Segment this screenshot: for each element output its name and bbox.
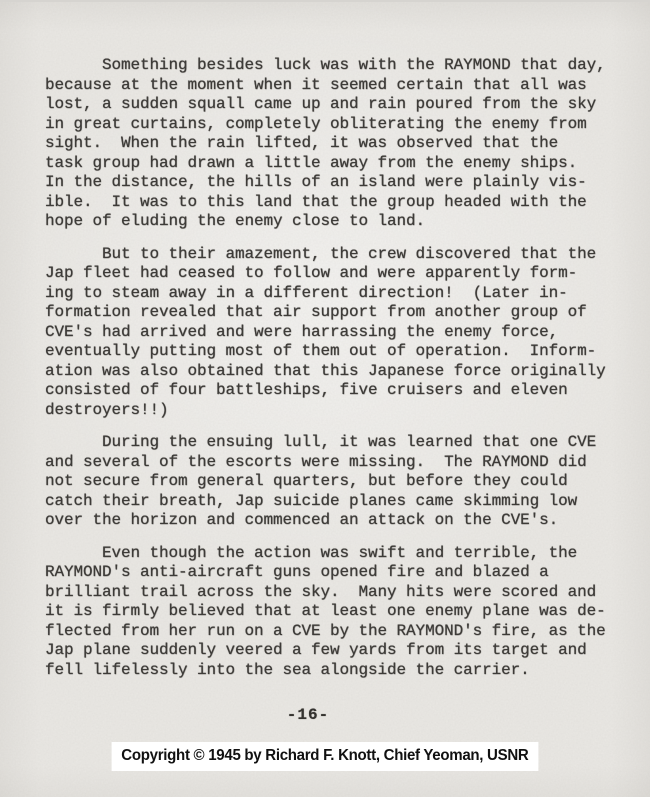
page-body: Something besides luck was with the RAYM…: [45, 56, 617, 693]
copyright-line: Copyright © 1945 by Richard F. Knott, Ch…: [0, 742, 650, 771]
scan-top-edge: [0, 0, 650, 2]
paragraph-3: During the ensuing lull, it was learned …: [45, 433, 617, 531]
scanned-document-page: Something besides luck was with the RAYM…: [0, 0, 650, 797]
copyright-text: Copyright © 1945 by Richard F. Knott, Ch…: [112, 742, 539, 771]
paragraph-4: Even though the action was swift and ter…: [45, 544, 617, 681]
page-number: -16-: [0, 706, 616, 724]
paragraph-1: Something besides luck was with the RAYM…: [45, 56, 617, 232]
paragraph-2: But to their amazement, the crew discove…: [45, 245, 617, 421]
